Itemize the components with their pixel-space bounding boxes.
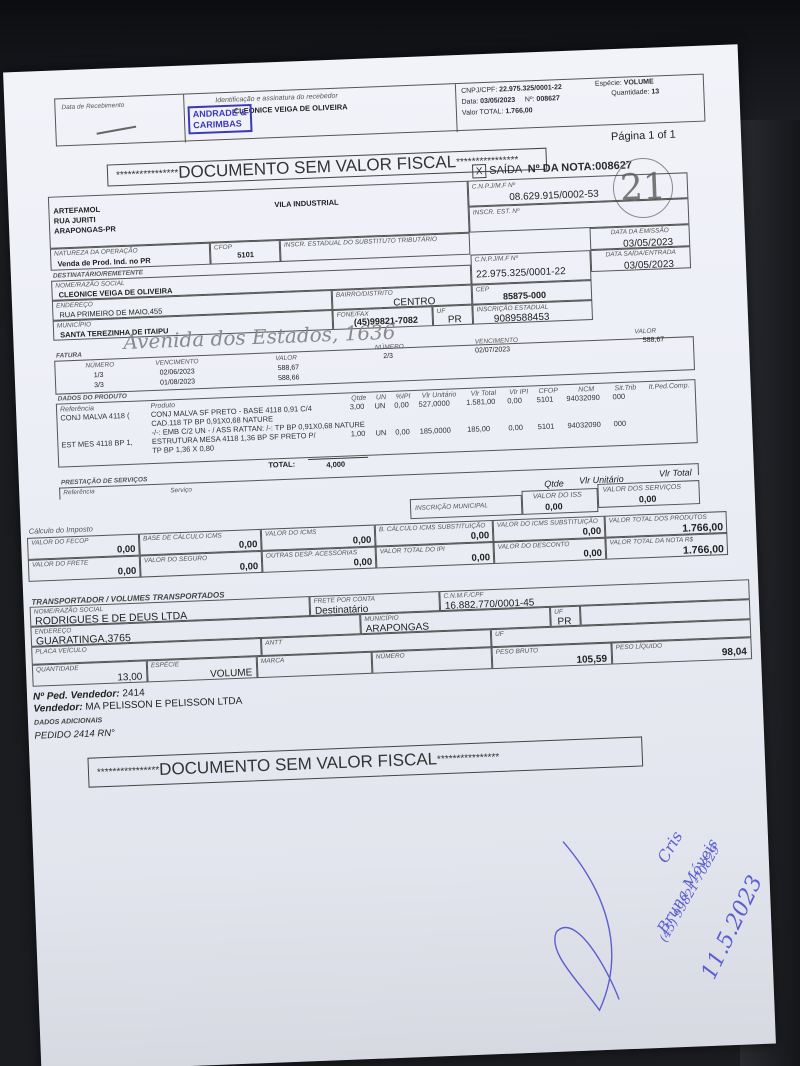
valor-iss-box: VALOR DO ISS 0,00	[522, 488, 599, 515]
banner-text: DOCUMENTO SEM VALOR FISCAL	[159, 749, 438, 780]
transp-antt-label: ANTT	[265, 640, 282, 647]
transp-numero-box: NÚMERO	[372, 647, 493, 674]
fatura-header: VALOR	[634, 329, 656, 336]
dest-bairro-label: BAIRRO/DISTRITO	[336, 291, 393, 300]
stub-valor-label: Valor TOTAL:	[462, 108, 504, 117]
cfop-label: CFOP	[214, 245, 232, 252]
tax-field-value: 0,00	[240, 562, 259, 573]
dest-cnpj-value: 22.975.325/0001-22	[476, 266, 566, 280]
valor-servicos-value: 0,00	[639, 495, 657, 506]
vendedor-label: Vendedor:	[33, 702, 82, 715]
transp-quantidade-box: QUANTIDADE 13,00	[32, 660, 148, 686]
transp-peso-liquido-label: PESO LÍQUIDO	[616, 644, 663, 652]
saida-checkbox: X	[472, 164, 487, 179]
stub-especie: Espécie: VOLUME	[595, 79, 654, 88]
valor-servicos-box: VALOR DOS SERVIÇOS 0,00	[597, 480, 700, 508]
stub-cnpj-value: 22.975.325/0001-22	[499, 84, 562, 93]
tax-field: VALOR TOTAL DA NOTA R$1.766,00	[605, 533, 728, 560]
tax-field-value: 0,00	[582, 527, 601, 538]
stub-data-value: 03/05/2023	[480, 97, 515, 105]
tax-field-label: VALOR DO DESCONTO	[498, 542, 570, 551]
tax-field-value: 1.766,00	[683, 544, 724, 557]
tax-field-value: 0,00	[583, 549, 602, 560]
natureza-box: NATUREZA DA OPERAÇÃO Venda de Prod. Ind.…	[50, 243, 211, 271]
transp-especie-value: VOLUME	[210, 667, 253, 680]
stub-especie-label: Espécie:	[595, 80, 622, 88]
fatura-header: VALOR	[275, 355, 297, 362]
ped-vendedor-value: 2414	[122, 688, 145, 700]
fatura-valor: 588,67	[278, 364, 300, 373]
stub-valor-total: Valor TOTAL: 1.766,00	[462, 107, 533, 117]
dest-uf-value: PR	[448, 314, 462, 326]
dados-adicionais-value: PEDIDO 2414 RN°	[34, 729, 115, 743]
stub-cnpj-label: CNPJ/CPF:	[461, 87, 497, 95]
tax-field-label: B. CÁLCULO ICMS SUBSTITUIÇÃO	[379, 523, 486, 534]
fatura-valor: 588,67	[643, 336, 665, 345]
produtos-block: Referência Produto Qtde UN %IPI Vlr Unit…	[56, 379, 698, 468]
transp-uf-label: UF	[554, 609, 563, 616]
signature-date: 11.5.2023	[697, 872, 768, 984]
natureza-value: Venda de Prod. Ind. no PR	[57, 257, 151, 269]
dest-uf-box: UF PR	[432, 305, 473, 327]
fatura-numero: 1/3	[94, 372, 104, 380]
divider	[455, 84, 458, 132]
transp-peso-liquido-box: PESO LÍQUIDO 98,04	[611, 637, 752, 664]
cfop-box: CFOP 5101	[210, 240, 281, 265]
fatura-numero: 2/3	[383, 353, 393, 361]
tax-field-label: VALOR DO FRETE	[32, 561, 89, 570]
dest-inscr-value: 9089588453	[494, 312, 550, 325]
dest-cep-value: 85875-000	[503, 291, 546, 303]
valor-iss-value: 0,00	[545, 502, 563, 513]
dados-adicionais-label: DADOS ADICIONAIS	[34, 717, 102, 727]
tax-field-label: VALOR DO SEGURO	[144, 556, 207, 565]
stub-data: Data: 03/05/2023 Nº: 008627	[461, 95, 560, 106]
dest-cnpj-box: C.N.P.J/M.F Nº 22.975.325/0001-22	[470, 250, 591, 285]
transp-quantidade-value: 13,00	[117, 672, 142, 684]
tax-field: VALOR DO SEGURO0,00	[140, 551, 263, 578]
fatura-header: NÚMERO	[85, 362, 114, 370]
dest-uf-label: UF	[436, 309, 445, 316]
tax-field-value: 0,00	[239, 540, 258, 551]
stamp-line: CARIMBAS	[193, 118, 247, 131]
stub-quantidade-label: Quantidade:	[611, 89, 649, 97]
fatura-header: VENCIMENTO	[155, 359, 198, 367]
tax-field-label: VALOR DO FECOP	[31, 539, 89, 548]
signature-scribble	[533, 828, 660, 1022]
emitente-cnpj-label: C.N.P.J/M.F Nº	[472, 183, 516, 191]
transp-uf-box: UF PR	[550, 606, 581, 627]
emitente-cnpj-value: 08.629.915/0002-53	[509, 189, 599, 203]
valor-iss-label: VALOR DO ISS	[533, 492, 582, 501]
dest-inscr-box: INSCRIÇÃO ESTADUAL 9089588453	[472, 300, 593, 325]
tax-field: OUTRAS DESP. ACESSÓRIAS0,00	[262, 547, 377, 573]
receiver-stamp: ANDRADE & CARIMBAS	[188, 104, 253, 134]
stub-numero-label: Nº:	[525, 96, 535, 103]
stub-cnpj: CNPJ/CPF: 22.975.325/0001-22	[461, 84, 562, 95]
fatura-vencimento: 01/08/2023	[160, 378, 195, 387]
divider	[183, 95, 186, 143]
page-indicator: Página 1 of 1	[611, 129, 676, 144]
tax-field-value: 0,00	[118, 567, 137, 578]
dest-cep-label: CEP	[476, 287, 490, 294]
transp-placa-label: PLACA VEÍCULO	[35, 648, 87, 656]
inscricao-municipal-label: INSCRIÇÃO MUNICIPAL	[415, 503, 488, 512]
data-saida-label: DATA SAÍDA/ENTRADA	[605, 250, 676, 259]
data-emissao-label: DATA DA EMISSÃO	[611, 228, 669, 237]
transp-peso-bruto-box: PESO BRUTO 105,59	[491, 643, 612, 670]
tax-field: VALOR DO FRETE0,00	[28, 556, 141, 582]
inscricao-municipal-box: INSCRIÇÃO MUNICIPAL	[410, 495, 523, 519]
fatura-valor: 588,66	[278, 374, 300, 383]
stub-valor-value: 1.766,00	[505, 107, 532, 115]
fatura-vencimento: 02/07/2023	[475, 346, 510, 355]
transp-uf2-label: UF	[495, 632, 504, 639]
receipt-date-scribble	[97, 126, 137, 135]
fatura-header: VENCIMENTO	[475, 338, 518, 346]
tax-field-label: OUTRAS DESP. ACESSÓRIAS	[266, 550, 358, 560]
transp-especie-label: ESPÉCIE	[151, 662, 179, 670]
transp-numero-label: NÚMERO	[376, 653, 405, 661]
products-table: Referência Produto Qtde UN %IPI Vlr Unit…	[57, 382, 699, 459]
transp-especie-box: ESPÉCIE VOLUME	[147, 656, 258, 682]
banner-stars: ****************	[437, 751, 500, 764]
data-saida-box: DATA SAÍDA/ENTRADA 03/05/2023	[590, 246, 691, 272]
transp-peso-bruto-label: PESO BRUTO	[496, 648, 539, 656]
nota-number-label: Nº DA NOTA:	[528, 161, 596, 176]
fatura-vencimento: 02/06/2023	[160, 368, 195, 377]
stub-especie-value: VOLUME	[624, 79, 654, 87]
servicos-col-servico: Serviço	[170, 488, 192, 495]
emitente-bairro: VILA INDUSTRIAL	[274, 199, 339, 210]
tax-field-label: VALOR TOTAL DO IPI	[380, 547, 445, 556]
tax-field-label: BASE DE CÁLCULO ICMS	[143, 533, 222, 543]
tax-field: VALOR DO DESCONTO0,00	[493, 538, 606, 564]
produtos-total-value: 4,000	[326, 461, 345, 470]
tax-field-value: 0,00	[353, 558, 372, 569]
stub-data-label: Data:	[461, 98, 478, 106]
no-fiscal-value-banner-bottom: **************** DOCUMENTO SEM VALOR FIS…	[87, 736, 643, 787]
produtos-total-label: TOTAL:	[268, 461, 295, 470]
servicos-col-referencia: Referência	[63, 489, 95, 497]
transp-peso-bruto-value: 105,59	[576, 654, 607, 666]
banner-stars: ****************	[116, 167, 179, 180]
tax-field-value: 0,00	[471, 553, 490, 564]
tax-field-value: 0,00	[117, 545, 136, 556]
invoice-document: Data de Recebimento Identificação e assi…	[3, 44, 776, 1066]
emitente-city: ARAPONGAS-PR	[54, 225, 116, 236]
imposto-section-label: Cálculo do Imposto	[29, 525, 93, 535]
transp-quantidade-label: QUANTIDADE	[36, 666, 79, 674]
stub-quantidade: Quantidade: 13	[611, 88, 659, 97]
fatura-header: NÚMERO	[375, 344, 404, 352]
fatura-numero: 3/3	[94, 382, 104, 390]
inscr-subst-label: INSCR. ESTADUAL DO SUBSTITUTO TRIBUTÁRIO	[284, 237, 437, 249]
emitente-inscr-label: INSCR. EST. Nº	[473, 209, 520, 217]
tax-field: VALOR TOTAL DO IPI0,00	[376, 542, 495, 569]
tax-field-value: 0,00	[471, 531, 490, 542]
dest-cnpj-label: C.N.P.J/M.F Nº	[475, 256, 519, 264]
data-recebimento-label: Data de Recebimento	[61, 103, 124, 112]
tax-field-label: VALOR TOTAL DA NOTA R$	[609, 537, 693, 547]
servicos-col-qtde: Qtde	[544, 479, 564, 490]
stub-numero-value: 008627	[536, 95, 560, 103]
stub-quantidade-value: 13	[651, 88, 659, 95]
cfop-value: 5101	[237, 251, 254, 260]
signature-name: Cris	[653, 828, 686, 866]
valor-servicos-label: VALOR DOS SERVIÇOS	[602, 484, 681, 494]
tax-field-value: 0,00	[353, 536, 372, 547]
data-saida-value: 03/05/2023	[624, 259, 674, 272]
servicos-col-vlr-total: Vlr Total	[659, 468, 692, 479]
banner-text: DOCUMENTO SEM VALOR FISCAL	[178, 152, 457, 183]
tax-field-label: VALOR DO ICMS	[265, 530, 317, 538]
saida-label: SAÍDA	[489, 164, 522, 177]
receipt-stub: Data de Recebimento Identificação e assi…	[54, 74, 705, 147]
transp-marca-box: MARCA	[257, 652, 373, 678]
transp-marca-label: MARCA	[261, 658, 285, 665]
transp-peso-liquido-value: 98,04	[722, 646, 747, 658]
banner-stars: ****************	[97, 764, 160, 777]
